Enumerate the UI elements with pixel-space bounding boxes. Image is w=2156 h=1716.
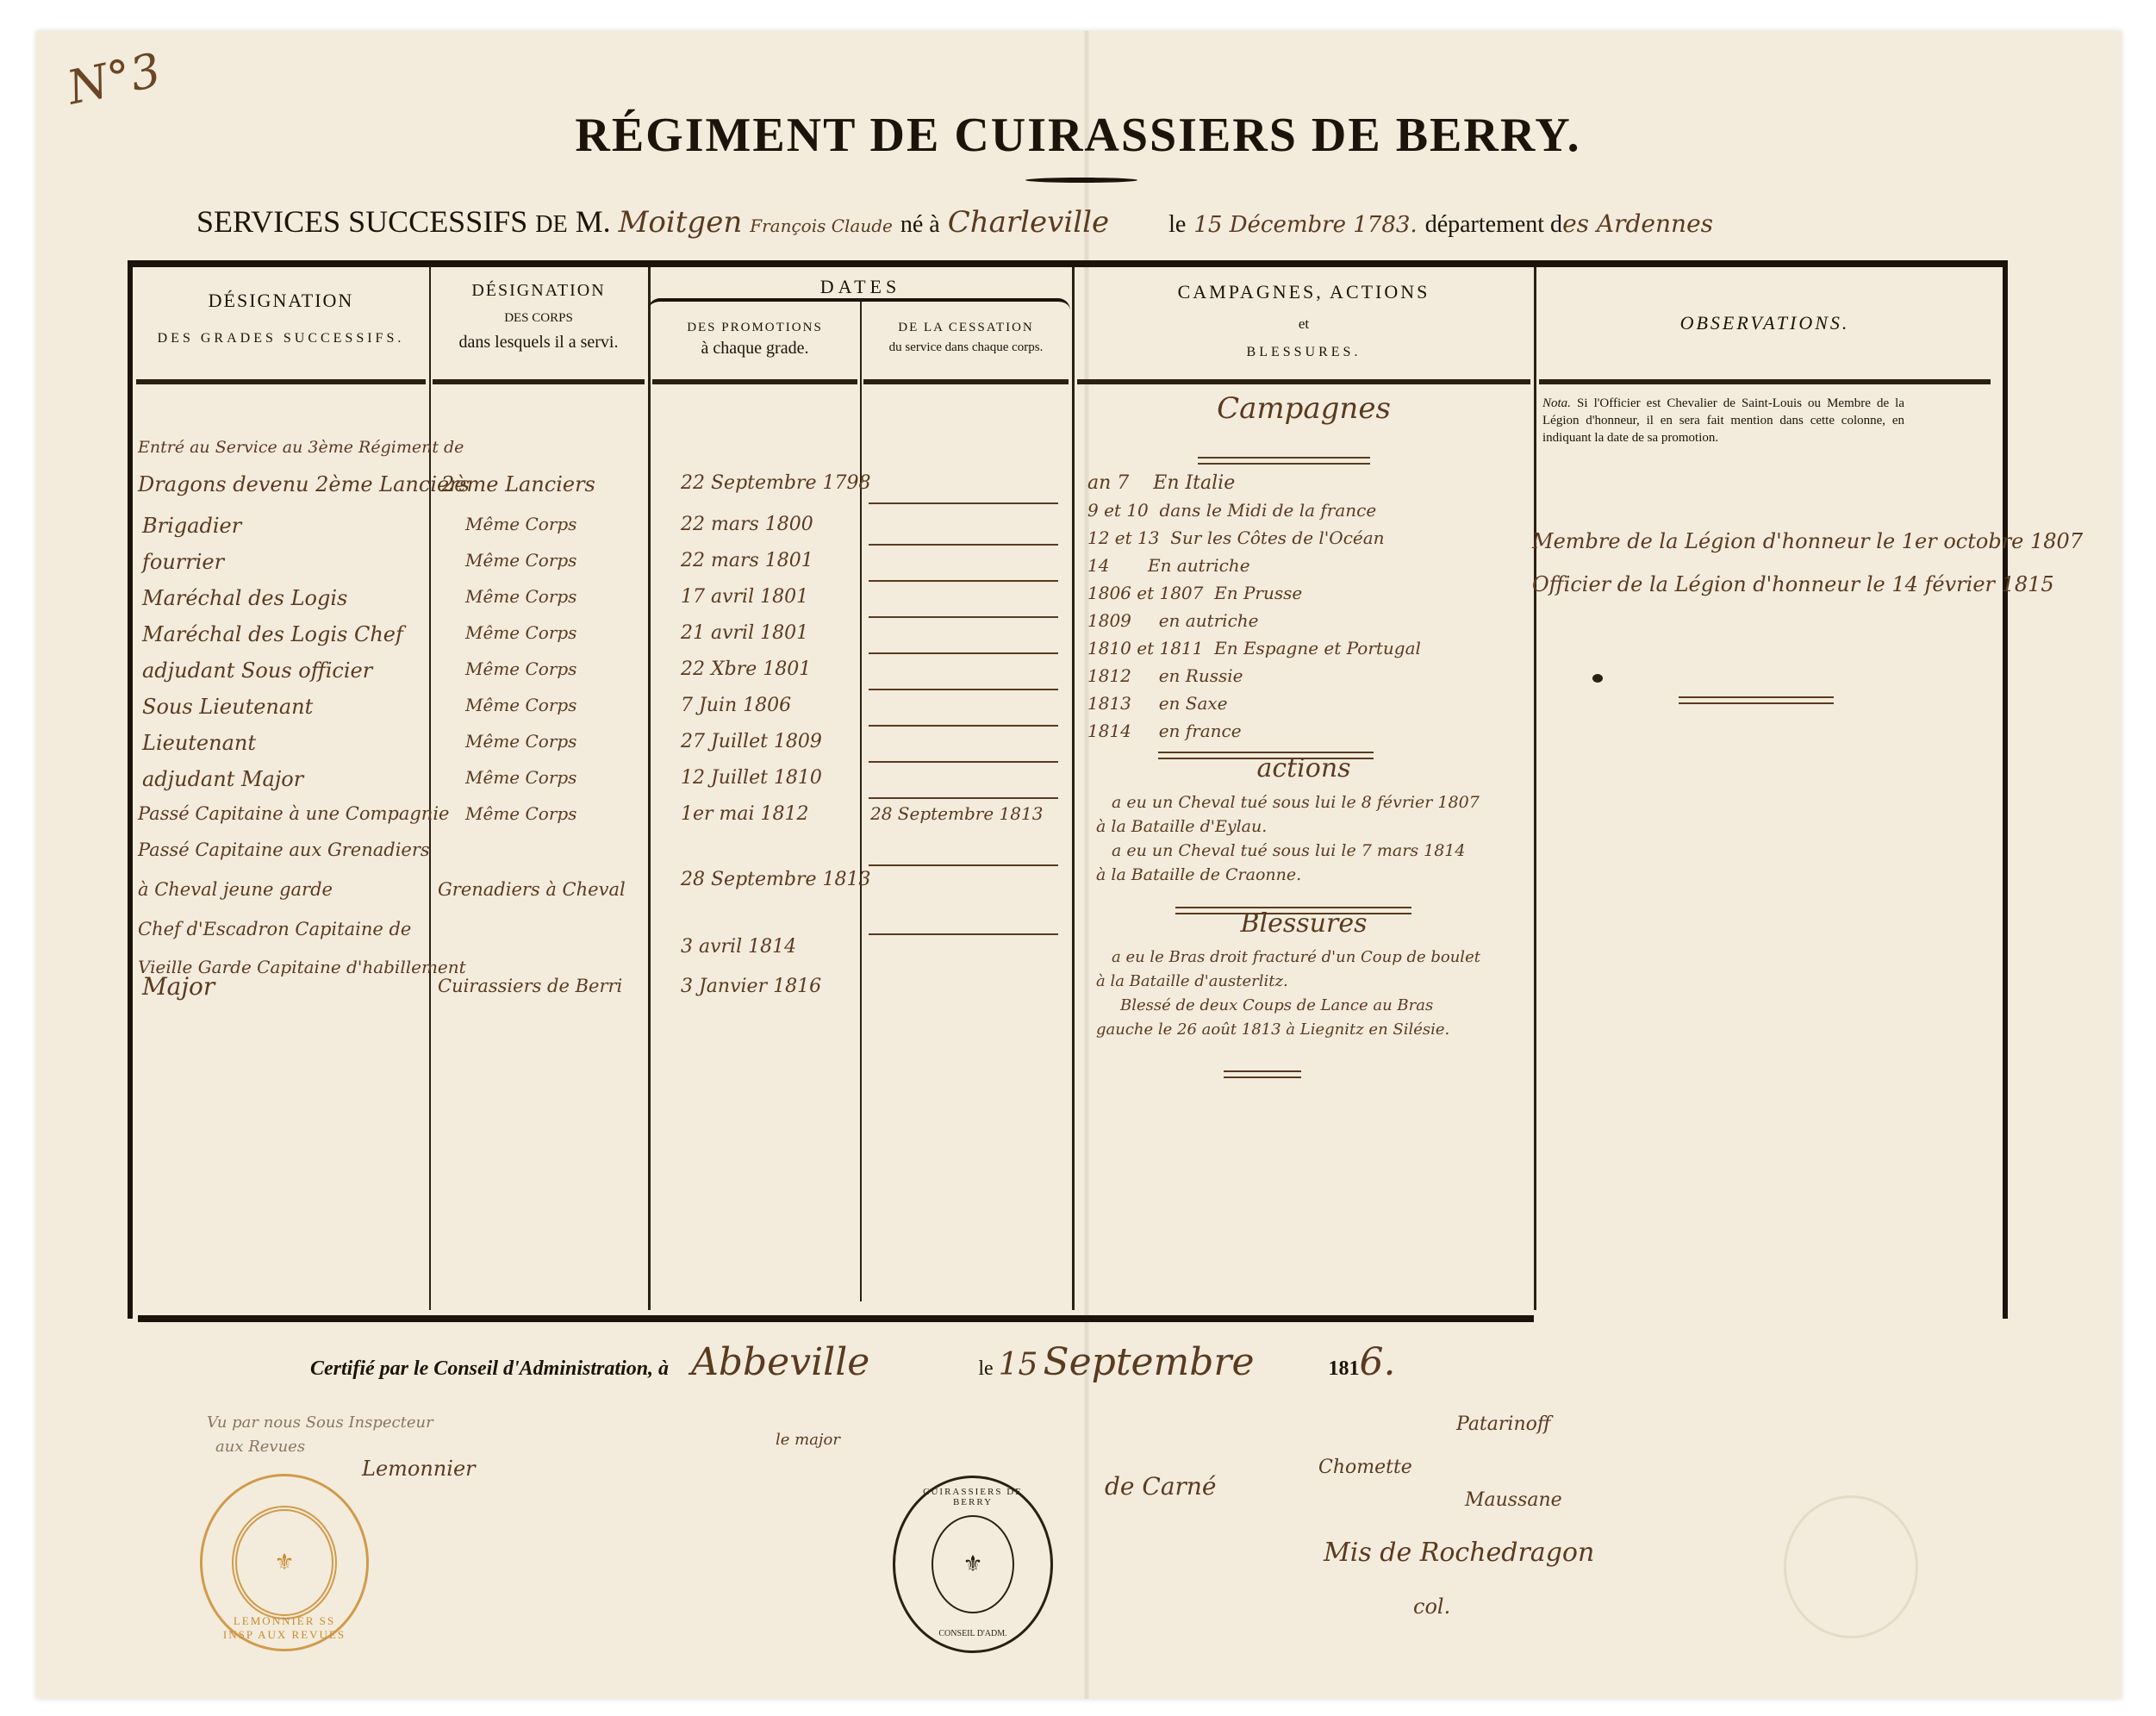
- action-line: a eu un Cheval tué sous lui le 7 mars 18…: [1112, 841, 1465, 860]
- fleur-de-lis-icon: ⚜: [932, 1515, 1014, 1613]
- services-label: SERVICES SUCCESSIFS: [196, 204, 527, 239]
- departement: es Ardennes: [1562, 209, 1713, 238]
- actions-heading: actions: [1077, 753, 1530, 783]
- grade-row: Sous Lieutenant: [142, 695, 313, 719]
- faded-seal: [1784, 1495, 1918, 1638]
- campaign-item: 14 En autriche: [1087, 555, 1250, 576]
- promotion-date: 22 Septembre 1798: [681, 472, 870, 494]
- campaign-item: 1814 en france: [1087, 721, 1242, 741]
- promotion-date: 3 avril 1814: [681, 936, 796, 958]
- cessation-blank: [869, 750, 1058, 773]
- header-observations: OBSERVATIONS.: [1539, 312, 1991, 334]
- blessure-line: à la Bataille d'austerlitz.: [1096, 972, 1288, 990]
- header-promotions: DES PROMOTIONS à chaque grade.: [652, 321, 857, 359]
- cessation-blank: [869, 714, 1058, 737]
- certification-line: Certifié par le Conseil d'Administration…: [310, 1340, 1395, 1384]
- corps-row: Même Corps: [465, 586, 576, 607]
- corps-row: Même Corps: [465, 550, 576, 571]
- grade-row: Passé Capitaine à une Compagnie: [138, 803, 449, 824]
- grade-row: Major: [142, 972, 215, 1001]
- double-rule: [1224, 1070, 1301, 1078]
- corps-row: Même Corps: [465, 514, 576, 534]
- corps-row: Même Corps: [465, 731, 576, 752]
- header-rule: [433, 379, 645, 384]
- dates-brace: [648, 298, 1070, 310]
- blessure-line: a eu le Bras droit fracturé d'un Coup de…: [1112, 948, 1480, 966]
- double-rule: [1198, 457, 1370, 465]
- header-rule: [1077, 379, 1530, 384]
- grade-row: Lieutenant: [142, 731, 256, 755]
- cessation-blank: [869, 641, 1058, 665]
- action-line: a eu un Cheval tué sous lui le 8 février…: [1112, 793, 1480, 812]
- promotion-date: 22 mars 1800: [681, 514, 813, 535]
- grade-row: adjudant Sous officier: [142, 658, 372, 683]
- signer: de Carné: [1105, 1472, 1217, 1501]
- signer: Chomette: [1318, 1457, 1412, 1478]
- corps-row: 2ème Lanciers: [441, 472, 595, 496]
- corps-row: Même Corps: [465, 767, 576, 788]
- header-cessation: DE LA CESSATION du service dans chaque c…: [863, 321, 1069, 355]
- corps-row: Même Corps: [465, 803, 576, 824]
- grade-row: Entré au Service au 3ème Régiment de: [138, 438, 464, 457]
- campaign-item: 1806 et 1807 En Prusse: [1087, 583, 1302, 603]
- services-le: le: [1168, 211, 1186, 238]
- promotion-date: 28 Septembre 1813: [681, 869, 870, 890]
- signer: Patarinoff: [1456, 1413, 1550, 1435]
- header-rule: [136, 379, 426, 384]
- promotion-date: 21 avril 1801: [681, 622, 808, 644]
- campagnes-heading: Campagnes: [1077, 391, 1530, 426]
- promotion-date: 3 Janvier 1816: [681, 976, 821, 997]
- cessation-blank: [869, 853, 1058, 877]
- cessation-blank: [869, 677, 1058, 701]
- cessation-blank: [869, 605, 1058, 628]
- grade-row: à Cheval jeune garde: [138, 879, 333, 900]
- column-divider: [1072, 267, 1075, 1310]
- birthplace: Charleville: [948, 205, 1109, 240]
- table-bottom-rule: [138, 1315, 1534, 1322]
- inspector-note: aux Revues: [215, 1438, 305, 1456]
- campaign-item: 1809 en autriche: [1087, 610, 1259, 631]
- corps-row: Même Corps: [465, 622, 576, 643]
- grade-row: Maréchal des Logis Chef: [142, 622, 403, 646]
- fleur-de-lis-icon: ⚜: [232, 1506, 337, 1619]
- cessation-blank: [869, 491, 1058, 515]
- grade-row: Brigadier: [142, 514, 241, 538]
- header-corps: DÉSIGNATION DES CORPS dans lesquels il a…: [433, 281, 645, 353]
- cessation-blank: [869, 922, 1058, 945]
- blessure-line: Blessé de deux Coups de Lance au Bras: [1120, 996, 1433, 1014]
- header-campagnes: CAMPAGNES, ACTIONS et BLESSURES.: [1077, 281, 1530, 360]
- column-divider: [648, 267, 651, 1310]
- promotion-date: 27 Juillet 1809: [681, 731, 822, 752]
- officer-surname: Moitgen: [619, 205, 743, 240]
- header-rule: [863, 379, 1069, 384]
- promotion-date: 12 Juillet 1810: [681, 767, 822, 789]
- grade-row: fourrier: [142, 550, 224, 574]
- campaign-item: 9 et 10 dans le Midi de la france: [1087, 500, 1376, 521]
- blessures-heading: Blessures: [1077, 908, 1530, 939]
- campaign-item: an 7 En Italie: [1087, 472, 1235, 494]
- ink-blot: [1592, 674, 1603, 683]
- header-dates: DATES: [652, 276, 1069, 298]
- promotion-date: 17 avril 1801: [681, 586, 808, 608]
- grade-row: adjudant Major: [142, 767, 303, 791]
- services-ne: né à: [900, 211, 940, 238]
- corps-row: Cuirassiers de Berri: [438, 976, 622, 996]
- colonel-label: col.: [1413, 1594, 1450, 1619]
- certification-place: Abbeville: [691, 1340, 869, 1384]
- major-label: le major: [776, 1431, 840, 1449]
- birth-date: 15 Décembre 1783.: [1193, 212, 1417, 238]
- services-line: SERVICES SUCCESSIFS DE M. Moitgen Franço…: [196, 203, 1713, 240]
- action-line: à la Bataille de Craonne.: [1096, 865, 1301, 884]
- cessation-blank: [869, 569, 1058, 592]
- observations-nota: Nota. Si l'Officier est Chevalier de Sai…: [1542, 395, 1904, 446]
- grade-row: Maréchal des Logis: [142, 586, 347, 610]
- corps-row: Même Corps: [465, 695, 576, 715]
- cessation-blank: [869, 533, 1058, 556]
- inspector-note: Vu par nous Sous Inspecteur: [207, 1413, 433, 1432]
- promotion-date: 22 mars 1801: [681, 550, 813, 571]
- corps-row: Grenadiers à Cheval: [438, 879, 626, 900]
- grade-row: Dragons devenu 2ème Lanciers: [138, 472, 470, 496]
- signer: Maussane: [1465, 1489, 1562, 1511]
- campaign-item: 12 et 13 Sur les Côtes de l'Océan: [1087, 527, 1385, 548]
- observation-entry: Officier de la Légion d'honneur le 14 fé…: [1532, 572, 2054, 596]
- grade-row: Passé Capitaine aux Grenadiers: [138, 839, 430, 860]
- services-m: M.: [576, 204, 611, 239]
- observation-entry: Membre de la Légion d'honneur le 1er oct…: [1532, 529, 2083, 553]
- campaign-item: 1810 et 1811 En Espagne et Portugal: [1087, 638, 1421, 658]
- grade-row: Chef d'Escadron Capitaine de: [138, 919, 411, 939]
- certification-day: 15: [999, 1347, 1038, 1382]
- action-line: à la Bataille d'Eylau.: [1096, 817, 1267, 836]
- promotion-date: 1er mai 1812: [681, 803, 809, 825]
- regiment-seal: ⚜ CUIRASSIERS DE BERRY CONSEIL D'ADM.: [893, 1476, 1053, 1653]
- header-rule: [652, 379, 857, 384]
- column-divider: [1534, 267, 1536, 1310]
- officer-given-names: François Claude: [750, 215, 893, 236]
- double-rule: [1679, 696, 1834, 704]
- services-departement: département d: [1425, 211, 1562, 238]
- certification-month: Septembre: [1043, 1340, 1254, 1384]
- promotion-date: 7 Juin 1806: [681, 695, 791, 716]
- signer: Mis de Rochedragon: [1324, 1538, 1594, 1568]
- document-title: RÉGIMENT DE CUIRASSIERS DE BERRY.: [0, 108, 2156, 163]
- cessation-date: 28 Septembre 1813: [870, 803, 1043, 824]
- corps-row: Même Corps: [465, 658, 576, 679]
- inspector-seal: ⚜ LEMONNIER SS INSP AUX REVUES: [200, 1474, 369, 1651]
- header-grades: DÉSIGNATION DES GRADES SUCCESSIFS.: [136, 290, 426, 346]
- services-de: DE: [535, 211, 567, 238]
- blessure-line: gauche le 26 août 1813 à Liegnitz en Sil…: [1096, 1020, 1449, 1039]
- campaign-item: 1812 en Russie: [1087, 665, 1243, 686]
- promotion-date: 22 Xbre 1801: [681, 658, 811, 680]
- header-rule: [1539, 379, 1991, 384]
- column-divider: [429, 267, 431, 1310]
- column-divider: [860, 302, 862, 1301]
- title-ornament-rule: [1025, 178, 1137, 183]
- campaign-item: 1813 en Saxe: [1087, 693, 1228, 714]
- inspector-signature: Lemonnier: [362, 1457, 476, 1481]
